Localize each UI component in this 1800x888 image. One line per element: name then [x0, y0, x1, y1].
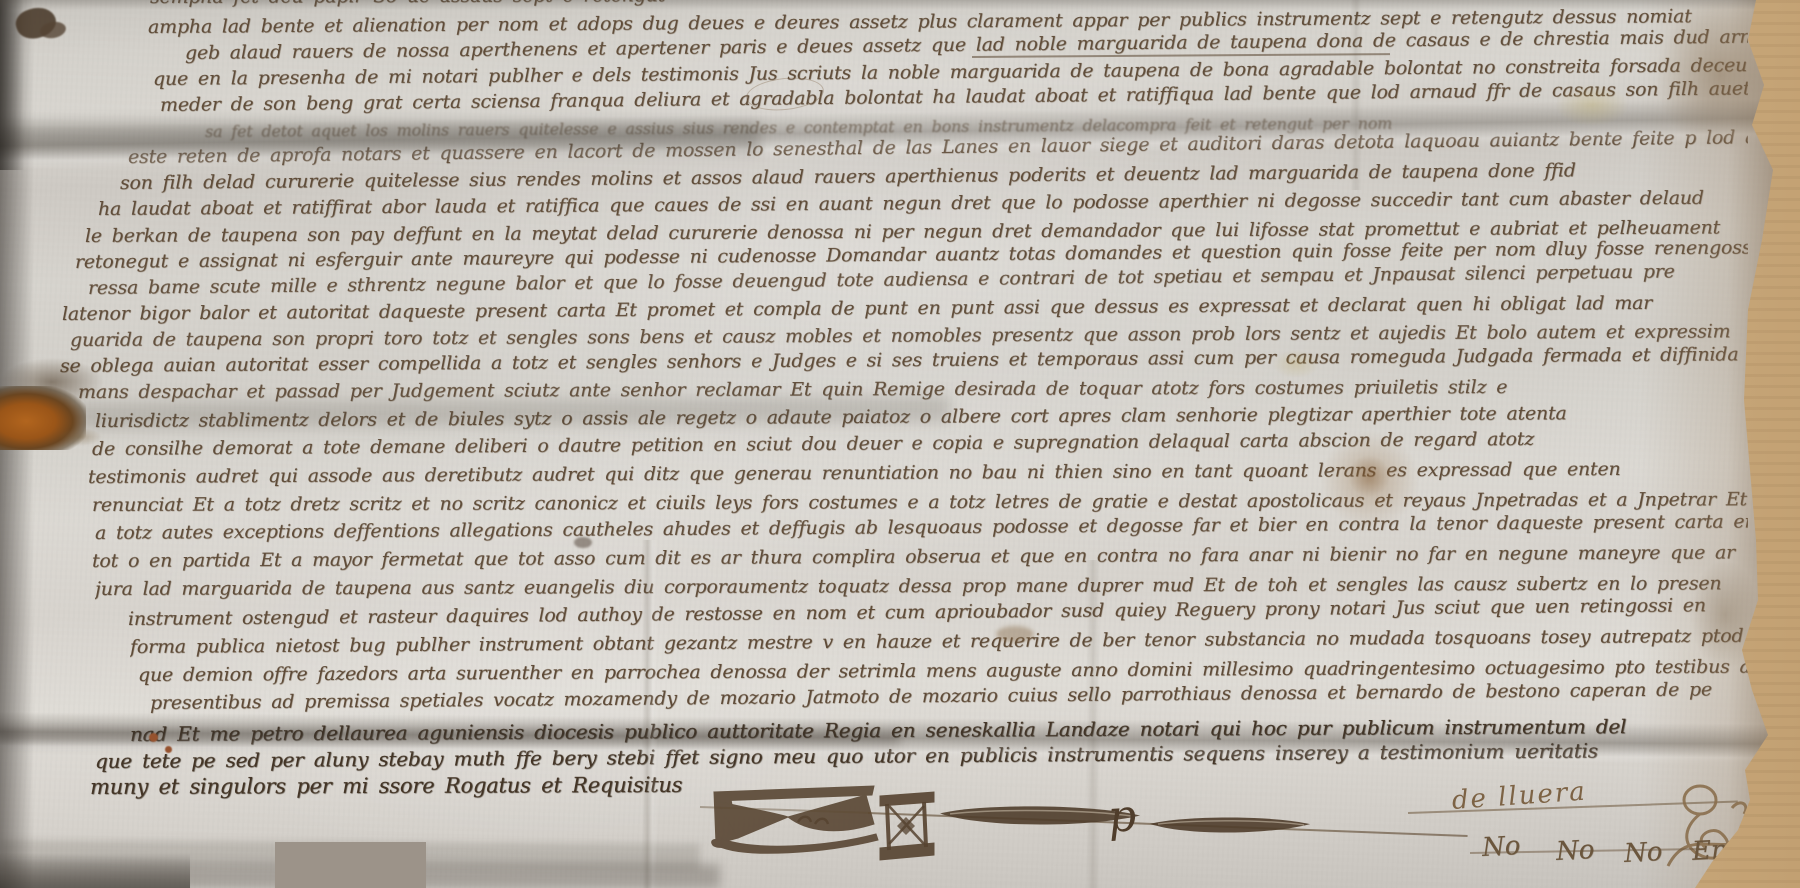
parchment-document: sempha fet deu papir So ue assaus sept e…	[0, 0, 1800, 888]
notary-mark: No	[1555, 835, 1595, 867]
photograph-of-parchment-charter: sempha fet deu papir So ue assaus sept e…	[0, 0, 1800, 888]
notarial-letter-p: p	[1106, 790, 1138, 843]
notary-mark: No	[1623, 837, 1663, 869]
spindle-flourish-right	[1148, 810, 1314, 842]
notarial-sign-hourglass	[706, 782, 881, 862]
manuscript-line: muny et singulors per mi ssore Rogatus e…	[90, 773, 790, 802]
notarial-sign-lattice	[876, 790, 938, 862]
manuscript-text-layer: sempha fet deu papir So ue assaus sept e…	[0, 0, 1800, 888]
notary-mark: No	[1481, 831, 1521, 863]
